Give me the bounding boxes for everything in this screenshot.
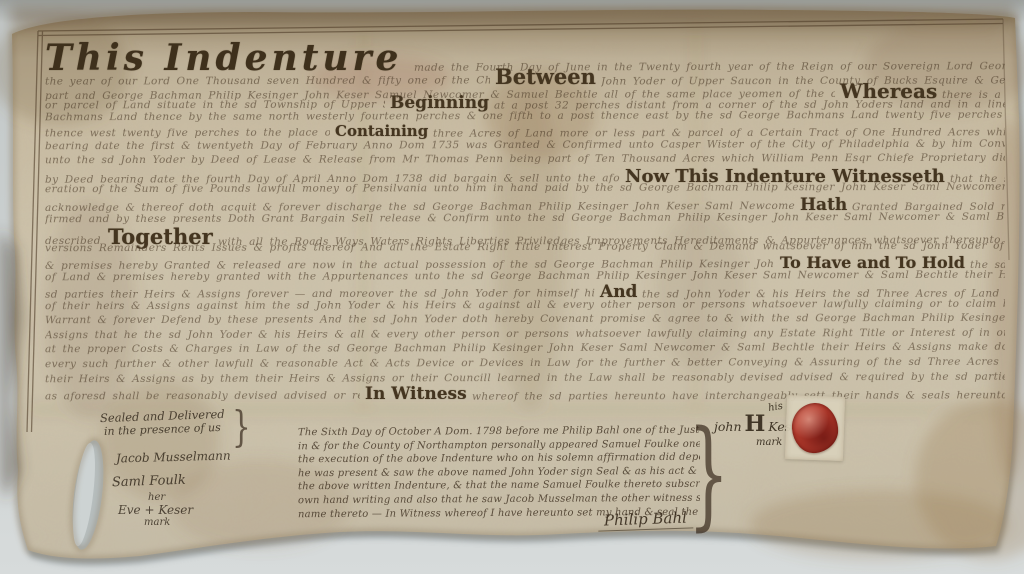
witness-signature: Saml Foulk <box>112 473 186 491</box>
witness-signature: Jacob Musselmann <box>116 449 231 466</box>
her-mark-below: mark <box>144 517 193 528</box>
grantor-mark-letter: H <box>742 411 769 437</box>
wax-seal <box>785 395 845 461</box>
witness-brace: } <box>232 406 251 448</box>
her-mark-above: her <box>148 492 193 503</box>
justice-signature: Philip Bahl <box>598 508 694 531</box>
attestation-block: The Sixth Day of October A Dom. 1798 bef… <box>298 426 700 521</box>
her-mark-signature: her Eve + Keser mark <box>118 492 193 528</box>
wax-seal-blob <box>790 401 839 454</box>
photograph-of-indenture: This Indenturemade the Fourth Day of Jun… <box>0 0 1024 574</box>
attestation-lines: The Sixth Day of October A Dom. 1798 bef… <box>298 426 700 521</box>
presence-label: in the presence of us <box>104 421 221 438</box>
grantor-first-name: john <box>714 419 742 434</box>
her-mark-name: Eve + Keser <box>118 503 193 517</box>
